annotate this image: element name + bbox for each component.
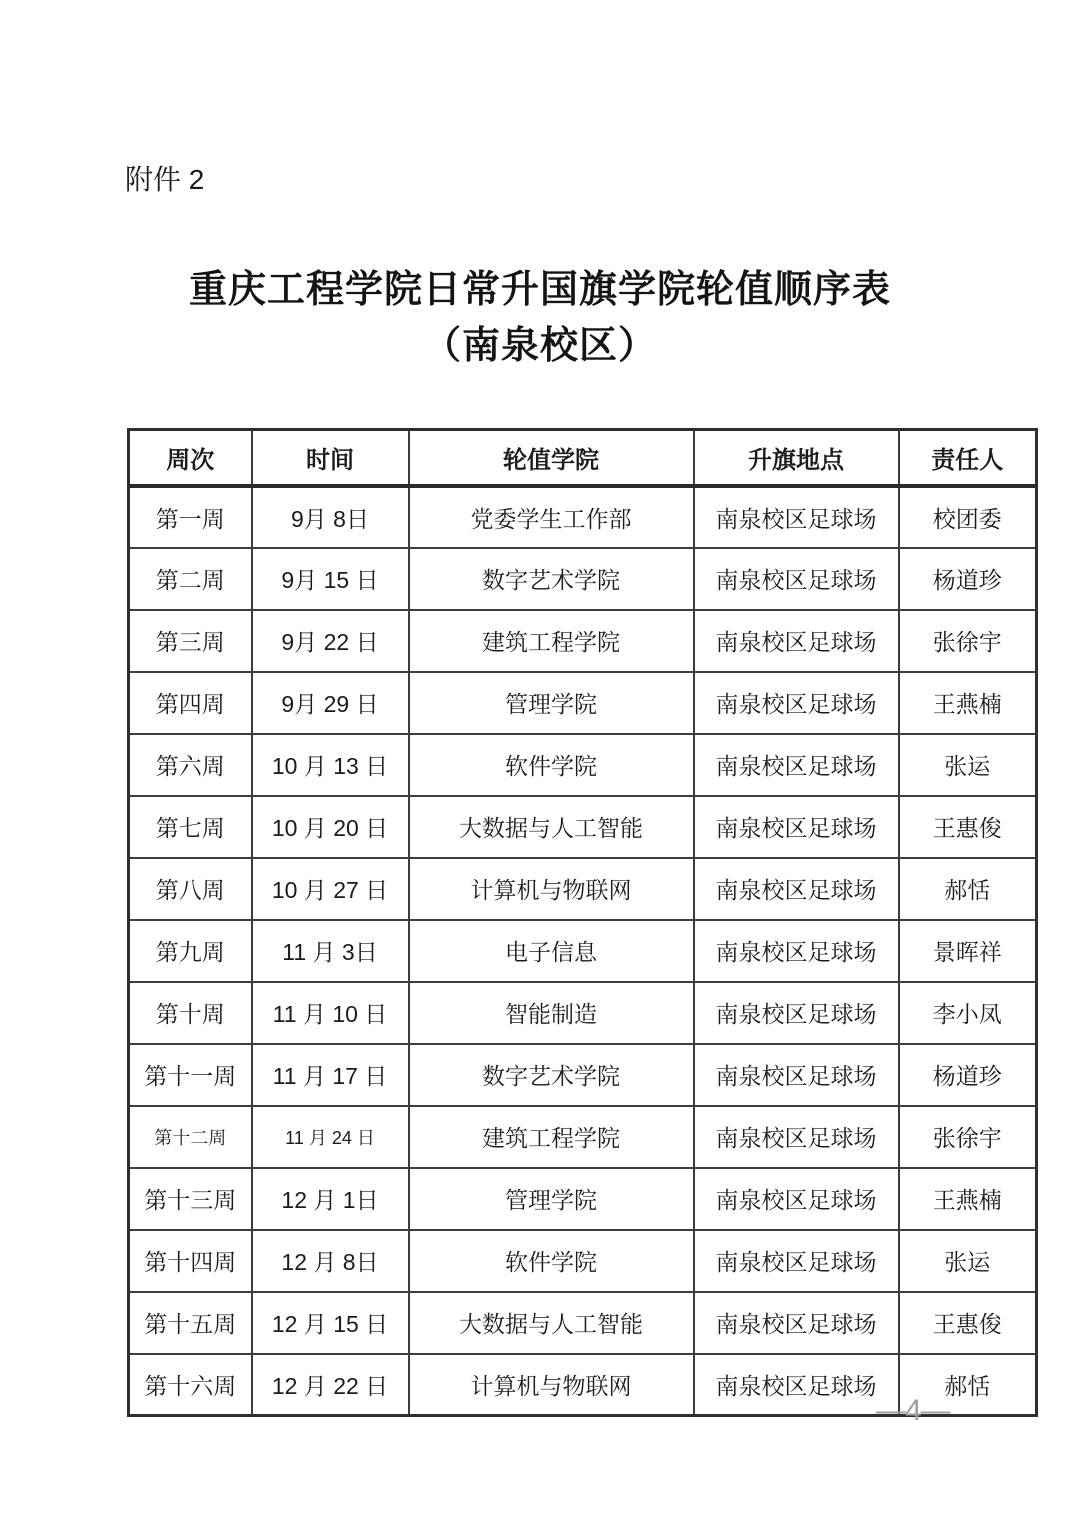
cell-date: 10 月 20 日 [252, 796, 409, 858]
table-row: 第十四周12 月 8日软件学院南泉校区足球场张运 [129, 1230, 1037, 1292]
table-header-row: 周次 时间 轮值学院 升旗地点 责任人 [129, 430, 1037, 486]
cell-location: 南泉校区足球场 [694, 548, 899, 610]
table-row: 第六周10 月 13 日软件学院南泉校区足球场张运 [129, 734, 1037, 796]
cell-week: 第十三周 [129, 1168, 252, 1230]
cell-college: 电子信息 [409, 920, 694, 982]
cell-college: 数字艺术学院 [409, 548, 694, 610]
cell-person: 郝恬 [899, 858, 1037, 920]
cell-college: 党委学生工作部 [409, 486, 694, 548]
cell-location: 南泉校区足球场 [694, 1168, 899, 1230]
cell-location: 南泉校区足球场 [694, 610, 899, 672]
cell-person: 校团委 [899, 486, 1037, 548]
cell-college: 管理学院 [409, 1168, 694, 1230]
cell-location: 南泉校区足球场 [694, 982, 899, 1044]
cell-date: 9月 15 日 [252, 548, 409, 610]
cell-date: 12 月 22 日 [252, 1354, 409, 1416]
cell-week: 第十四周 [129, 1230, 252, 1292]
cell-date: 12 月 1日 [252, 1168, 409, 1230]
table-row: 第十五周12 月 15 日大数据与人工智能南泉校区足球场王惠俊 [129, 1292, 1037, 1354]
cell-date: 9月 8日 [252, 486, 409, 548]
cell-location: 南泉校区足球场 [694, 1354, 899, 1416]
cell-person: 李小凤 [899, 982, 1037, 1044]
table-row: 第四周9月 29 日管理学院南泉校区足球场王燕楠 [129, 672, 1037, 734]
cell-week: 第四周 [129, 672, 252, 734]
cell-college: 建筑工程学院 [409, 1106, 694, 1168]
table-row: 第一周9月 8日党委学生工作部南泉校区足球场校团委 [129, 486, 1037, 548]
table-row: 第八周10 月 27 日计算机与物联网南泉校区足球场郝恬 [129, 858, 1037, 920]
cell-location: 南泉校区足球场 [694, 1230, 899, 1292]
document-title: 重庆工程学院日常升国旗学院轮值顺序表 （南泉校区） [0, 262, 1080, 374]
cell-person: 王燕楠 [899, 1168, 1037, 1230]
cell-week: 第十二周 [129, 1106, 252, 1168]
cell-location: 南泉校区足球场 [694, 796, 899, 858]
cell-week: 第十周 [129, 982, 252, 1044]
cell-person: 郝恬 [899, 1354, 1037, 1416]
header-week: 周次 [129, 430, 252, 486]
cell-location: 南泉校区足球场 [694, 1044, 899, 1106]
table-row: 第十三周12 月 1日管理学院南泉校区足球场王燕楠 [129, 1168, 1037, 1230]
cell-date: 10 月 27 日 [252, 858, 409, 920]
cell-week: 第十一周 [129, 1044, 252, 1106]
cell-college: 智能制造 [409, 982, 694, 1044]
cell-college: 大数据与人工智能 [409, 1292, 694, 1354]
table-row: 第七周10 月 20 日大数据与人工智能南泉校区足球场王惠俊 [129, 796, 1037, 858]
cell-college: 计算机与物联网 [409, 858, 694, 920]
cell-week: 第六周 [129, 734, 252, 796]
cell-date: 11 月 10 日 [252, 982, 409, 1044]
cell-date: 12 月 8日 [252, 1230, 409, 1292]
document-title-line2: （南泉校区） [0, 318, 1080, 374]
cell-date: 10 月 13 日 [252, 734, 409, 796]
cell-college: 建筑工程学院 [409, 610, 694, 672]
cell-location: 南泉校区足球场 [694, 1106, 899, 1168]
cell-college: 软件学院 [409, 734, 694, 796]
header-location: 升旗地点 [694, 430, 899, 486]
cell-week: 第十五周 [129, 1292, 252, 1354]
table-row: 第三周9月 22 日建筑工程学院南泉校区足球场张徐宇 [129, 610, 1037, 672]
cell-week: 第二周 [129, 548, 252, 610]
cell-date: 11 月 24 日 [252, 1106, 409, 1168]
cell-date: 12 月 15 日 [252, 1292, 409, 1354]
cell-person: 王惠俊 [899, 1292, 1037, 1354]
cell-week: 第三周 [129, 610, 252, 672]
cell-college: 大数据与人工智能 [409, 796, 694, 858]
cell-week: 第八周 [129, 858, 252, 920]
cell-week: 第一周 [129, 486, 252, 548]
cell-location: 南泉校区足球场 [694, 486, 899, 548]
header-date: 时间 [252, 430, 409, 486]
cell-person: 杨道珍 [899, 548, 1037, 610]
cell-college: 数字艺术学院 [409, 1044, 694, 1106]
header-person: 责任人 [899, 430, 1037, 486]
cell-person: 张运 [899, 734, 1037, 796]
cell-person: 杨道珍 [899, 1044, 1037, 1106]
header-college: 轮值学院 [409, 430, 694, 486]
cell-week: 第十六周 [129, 1354, 252, 1416]
table-row: 第十二周11 月 24 日建筑工程学院南泉校区足球场张徐宇 [129, 1106, 1037, 1168]
table-row: 第十一周11 月 17 日数字艺术学院南泉校区足球场杨道珍 [129, 1044, 1037, 1106]
attachment-label: 附件 2 [125, 158, 204, 198]
document-title-line1: 重庆工程学院日常升国旗学院轮值顺序表 [0, 262, 1080, 318]
cell-date: 9月 22 日 [252, 610, 409, 672]
cell-location: 南泉校区足球场 [694, 858, 899, 920]
cell-week: 第九周 [129, 920, 252, 982]
table-row: 第二周9月 15 日数字艺术学院南泉校区足球场杨道珍 [129, 548, 1037, 610]
table-row: 第十周11 月 10 日智能制造南泉校区足球场李小凤 [129, 982, 1037, 1044]
cell-location: 南泉校区足球场 [694, 672, 899, 734]
cell-person: 张徐宇 [899, 1106, 1037, 1168]
cell-person: 王惠俊 [899, 796, 1037, 858]
cell-college: 软件学院 [409, 1230, 694, 1292]
cell-college: 计算机与物联网 [409, 1354, 694, 1416]
cell-person: 王燕楠 [899, 672, 1037, 734]
table-row: 第十六周12 月 22 日计算机与物联网南泉校区足球场郝恬 [129, 1354, 1037, 1416]
cell-location: 南泉校区足球场 [694, 734, 899, 796]
cell-date: 11 月 17 日 [252, 1044, 409, 1106]
cell-college: 管理学院 [409, 672, 694, 734]
cell-person: 张徐宇 [899, 610, 1037, 672]
cell-date: 11 月 3日 [252, 920, 409, 982]
cell-person: 景晖祥 [899, 920, 1037, 982]
cell-location: 南泉校区足球场 [694, 920, 899, 982]
cell-person: 张运 [899, 1230, 1037, 1292]
table-row: 第九周11 月 3日电子信息南泉校区足球场景晖祥 [129, 920, 1037, 982]
duty-roster-table: 周次 时间 轮值学院 升旗地点 责任人 第一周9月 8日党委学生工作部南泉校区足… [127, 428, 1038, 1417]
cell-week: 第七周 [129, 796, 252, 858]
cell-location: 南泉校区足球场 [694, 1292, 899, 1354]
cell-date: 9月 29 日 [252, 672, 409, 734]
